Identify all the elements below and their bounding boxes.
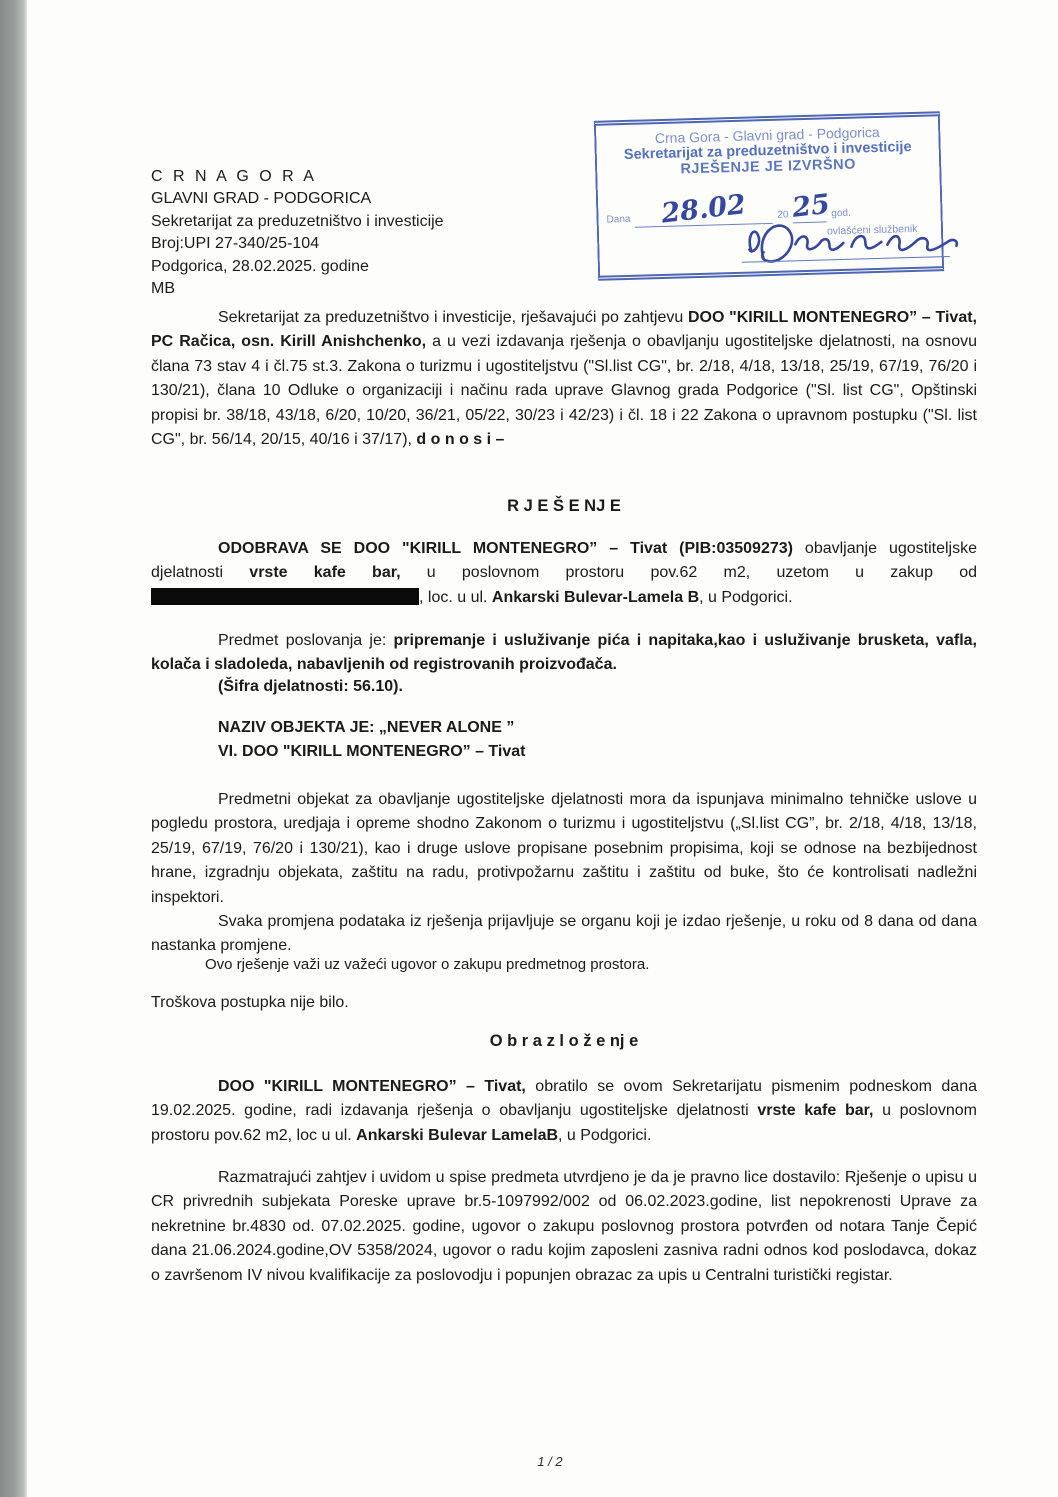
text-segment: , u Podgorici. [699, 589, 792, 606]
change-notice-paragraph: Svaka promjena podataka iz rješenja prij… [151, 910, 977, 959]
text-segment: Predmet poslovanja je: [218, 632, 394, 649]
page-number: 1 / 2 [150, 1454, 950, 1469]
text-segment: vrste kafe bar, [249, 564, 400, 581]
intro-paragraph: Sekretarijat za preduzetništvo i investi… [151, 306, 977, 452]
letterhead: C R N A G O R A GLAVNI GRAD - PODGORICA … [151, 166, 444, 300]
text-segment: d o n o s i – [416, 431, 504, 448]
object-name-line: NAZIV OBJEKTA JE: „NEVER ALONE ” [218, 716, 525, 740]
handwritten-date: 28.02 [661, 200, 746, 220]
activity-code-line: (Šifra djelatnosti: 56.10). [218, 678, 403, 696]
text-segment: , u Podgorici. [558, 1127, 651, 1144]
handwritten-year: 25 [792, 200, 830, 214]
evidence-paragraph: Razmatrajući zahtjev i uvidom u spise pr… [151, 1166, 977, 1288]
scanner-edge-shadow [0, 0, 27, 1497]
text-segment: Sekretarijat za preduzetništvo i investi… [218, 309, 688, 326]
text-segment: Ankarski Bulevar-Lamela B [492, 589, 699, 606]
business-scope-paragraph: Predmet poslovanja je: pripremanje i usl… [151, 629, 977, 678]
approval-paragraph: ODOBRAVA SE DOO "KIRILL MONTENEGRO” – Ti… [151, 537, 977, 610]
text-segment: DOO "KIRILL MONTENEGRO” – Tivat, [218, 1078, 526, 1095]
heading-obrazlozenje: O b r a z l o ž e nj e [151, 1032, 977, 1051]
stamp-date-label: Dana [606, 214, 630, 226]
text-segment: Ankarski Bulevar LamelaB [356, 1127, 558, 1144]
letterhead-country: C R N A G O R A [151, 166, 444, 188]
letterhead-secretariat: Sekretarijat za preduzetništvo i investi… [151, 211, 444, 233]
letterhead-date: Podgorica, 28.02.2025. godine [151, 256, 444, 278]
request-paragraph: DOO "KIRILL MONTENEGRO” – Tivat, obratil… [151, 1075, 977, 1148]
redaction-bar [151, 588, 419, 605]
verification-stamp: Crna Gora - Glavni grad - Podgorica Sekr… [594, 111, 944, 281]
text-segment: a u vezi izdavanja rješenja o obavljanju… [151, 333, 977, 448]
text-segment: , loc. u ul. [419, 589, 492, 606]
object-owner-line: VI. DOO "KIRILL MONTENEGRO” – Tivat [218, 740, 525, 764]
scanned-document-page: C R N A G O R A GLAVNI GRAD - PODGORICA … [0, 0, 1058, 1497]
conditions-paragraph: Predmetni objekat za obavljanje ugostite… [151, 788, 977, 910]
letterhead-initials: MB [151, 278, 444, 300]
lease-validity-line: Ovo rješenje važi uz važeći ugovor o zak… [205, 956, 649, 973]
text-segment: u poslovnom prostoru pov.62 m2, uzetom u… [401, 564, 978, 581]
letterhead-case-number: Broj:UPI 27-340/25-104 [151, 233, 444, 255]
text-segment: ODOBRAVA SE DOO "KIRILL MONTENEGRO” – Ti… [218, 540, 793, 557]
text-segment: vrste kafe bar, [757, 1102, 873, 1119]
costs-line: Troškova postupka nije bilo. [151, 994, 349, 1012]
letterhead-city: GLAVNI GRAD - PODGORICA [151, 188, 444, 210]
object-name-block: NAZIV OBJEKTA JE: „NEVER ALONE ” VI. DOO… [218, 716, 525, 765]
heading-rjesenje: R J E Š E NJ E [151, 497, 977, 516]
